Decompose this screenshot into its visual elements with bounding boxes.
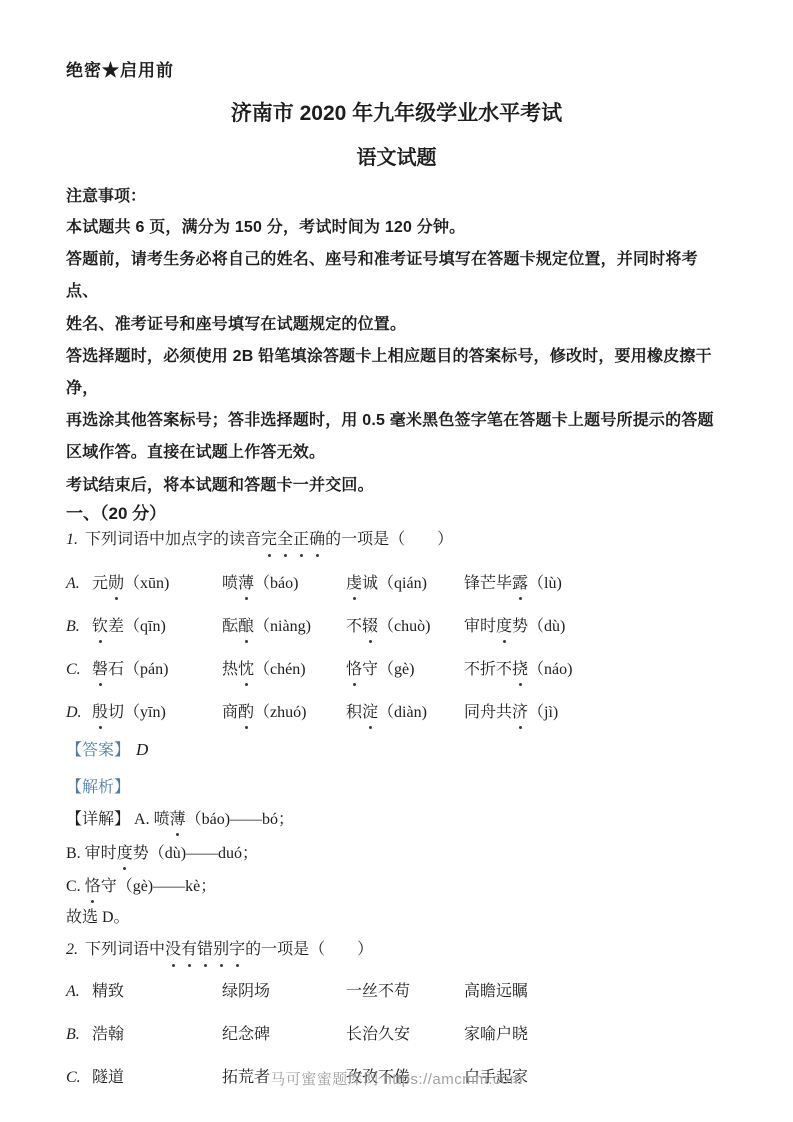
option-word: 钦差（qīn) (92, 614, 222, 639)
answer-label: 【答案】 (66, 742, 130, 759)
emphasized-char: 磐 (92, 657, 108, 682)
option-word: 不辍（chuò) (346, 614, 464, 639)
section-heading: 一、（20 分） (66, 502, 727, 525)
question-2-stem: 2.下列词语中没有错别字的一项是（ ） (66, 937, 727, 963)
emphasized-char: 勋 (108, 571, 124, 596)
option-word: 长治久安 (346, 1022, 464, 1047)
option-word: 一丝不苟 (346, 979, 464, 1004)
option-word: 磐石（pán) (92, 657, 222, 682)
analysis-line: 【解析】 (66, 776, 727, 800)
explain-label: 【详解】 (66, 811, 130, 828)
emphasized-char: 恪 (85, 875, 101, 899)
notice-line: 答选择题时，必须使用 2B 铅笔填涂答题卡上相应题目的答案标号，修改时，要用橡皮… (66, 341, 727, 405)
option-word: 商酌（zhuó) (222, 700, 346, 725)
option-word: 热忱（chén) (222, 657, 346, 682)
question-number: 2. (66, 941, 78, 958)
emphasized-char: 有 (181, 937, 197, 963)
explain-conclusion: 故选 D。 (66, 906, 727, 930)
option-row: A.精致绿阴场一丝不苟高瞻远瞩 (66, 979, 727, 1004)
option-label: A. (66, 979, 92, 1004)
option-row: C.磐石（pán)热忱（chén)恪守（gè)不折不挠（náo) (66, 657, 727, 682)
emphasized-char: 度 (117, 842, 133, 866)
explain-line: B. 审时度势（dù)——duó； (66, 842, 727, 866)
question-1-options: A.元勋（xūn)喷薄（báo)虔诚（qián)锋芒毕露（lù)B.钦差（qīn… (66, 571, 727, 725)
emphasized-char: 字 (229, 937, 245, 963)
emphasized-char: 全 (277, 527, 293, 553)
option-word: 家喻户晓 (464, 1022, 727, 1047)
analysis-label: 【解析】 (66, 779, 130, 796)
emphasized-char: 别 (213, 937, 229, 963)
option-row: D.殷切（yīn)商酌（zhuó)积淀（diàn)同舟共济（jì) (66, 700, 727, 725)
answer-line: 【答案】D (66, 738, 727, 763)
option-row: B.浩翰纪念碑长治久安家喻户晓 (66, 1022, 727, 1047)
emphasized-char: 淀 (362, 700, 378, 725)
emphasized-char: 忱 (238, 657, 254, 682)
emphasized-char: 辍 (362, 614, 378, 639)
notice-line: 再选涂其他答案标号；答非选择题时，用 0.5 毫米黑色签字笔在答题卡上题号所提示… (66, 405, 727, 437)
option-word: 高瞻远瞩 (464, 979, 727, 1004)
option-row: A.元勋（xūn)喷薄（báo)虔诚（qián)锋芒毕露（lù) (66, 571, 727, 596)
notice-line: 考试结束后，将本试题和答题卡一并交回。 (66, 470, 727, 502)
option-word: 绿阴场 (222, 979, 346, 1004)
explain-line: 【详解】A. 喷薄（báo)——bó； (66, 808, 727, 832)
option-label: B. (66, 1022, 92, 1047)
option-word: 浩翰 (92, 1022, 222, 1047)
emphasized-char: 薄 (238, 571, 254, 596)
option-label: A. (66, 571, 92, 596)
emphasized-char: 酌 (238, 700, 254, 725)
emphasized-char: 钦 (92, 614, 108, 639)
emphasized-char: 露 (512, 571, 528, 596)
watermark-footer: 马可蜜蜜题库网 https://amcmm.com (0, 1068, 793, 1089)
emphasized-char: 酿 (238, 614, 254, 639)
option-word: 锋芒毕露（lù) (464, 571, 727, 596)
notice-line: 姓名、准考证号和座号填写在试题规定的位置。 (66, 309, 727, 341)
emphasized-char: 殷 (92, 700, 108, 725)
page-content: 绝密★启用前 济南市 2020 年九年级学业水平考试 语文试题 注意事项： 本试… (0, 0, 793, 1090)
emphasized-char: 度 (496, 614, 512, 639)
emphasized-char: 错 (197, 937, 213, 963)
question-1-stem: 1.下列词语中加点字的读音完全正确的一项是（ ） (66, 527, 727, 553)
option-label: D. (66, 700, 92, 725)
option-row: B.钦差（qīn)酝酿（niàng)不辍（chuò)审时度势（dù) (66, 614, 727, 639)
emphasized-char: 挠 (512, 657, 528, 682)
option-word: 虔诚（qián) (346, 571, 464, 596)
classification-banner: 绝密★启用前 (66, 60, 727, 82)
option-word: 积淀（diàn) (346, 700, 464, 725)
notice-line: 区域作答。直接在试题上作答无效。 (66, 437, 727, 469)
emphasized-char: 济 (512, 700, 528, 725)
question-number: 1. (66, 531, 78, 548)
emphasized-char: 完 (261, 527, 277, 553)
option-label: B. (66, 614, 92, 639)
question-text: 下列词语中加点字的读音完全正确的一项是（ ） (85, 531, 453, 548)
option-word: 恪守（gè) (346, 657, 464, 682)
emphasized-char: 虔 (346, 571, 362, 596)
explain-line: C. 恪守（gè)——kè； (66, 875, 727, 899)
exam-document-page: 绝密★启用前 济南市 2020 年九年级学业水平考试 语文试题 注意事项： 本试… (0, 0, 793, 1122)
option-word: 审时度势（dù) (464, 614, 727, 639)
explain-text: A. 喷薄（báo)——bó； (134, 811, 294, 828)
answer-value: D (136, 740, 148, 759)
option-word: 纪念碑 (222, 1022, 346, 1047)
option-word: 同舟共济（jì) (464, 700, 727, 725)
paper-title: 语文试题 (66, 145, 727, 172)
option-word: 精致 (92, 979, 222, 1004)
notice-line: 本试题共 6 页，满分为 150 分，考试时间为 120 分钟。 (66, 212, 727, 244)
exam-title: 济南市 2020 年九年级学业水平考试 (66, 100, 727, 128)
option-word: 殷切（yīn) (92, 700, 222, 725)
emphasized-char: 恪 (346, 657, 362, 682)
emphasized-char: 确 (309, 527, 325, 553)
notice-line: 答题前，请考生务必将自己的姓名、座号和准考证号填写在答题卡规定位置，并同时将考点… (66, 244, 727, 308)
option-word: 不折不挠（náo) (464, 657, 727, 682)
option-word: 酝酿（niàng) (222, 614, 346, 639)
emphasized-char: 正 (293, 527, 309, 553)
option-word: 喷薄（báo) (222, 571, 346, 596)
option-word: 元勋（xūn) (92, 571, 222, 596)
emphasized-char: 薄 (170, 808, 186, 832)
option-label: C. (66, 657, 92, 682)
notice-heading: 注意事项： (66, 182, 727, 212)
question-text: 下列词语中没有错别字的一项是（ ） (85, 941, 373, 958)
emphasized-char: 没 (165, 937, 181, 963)
